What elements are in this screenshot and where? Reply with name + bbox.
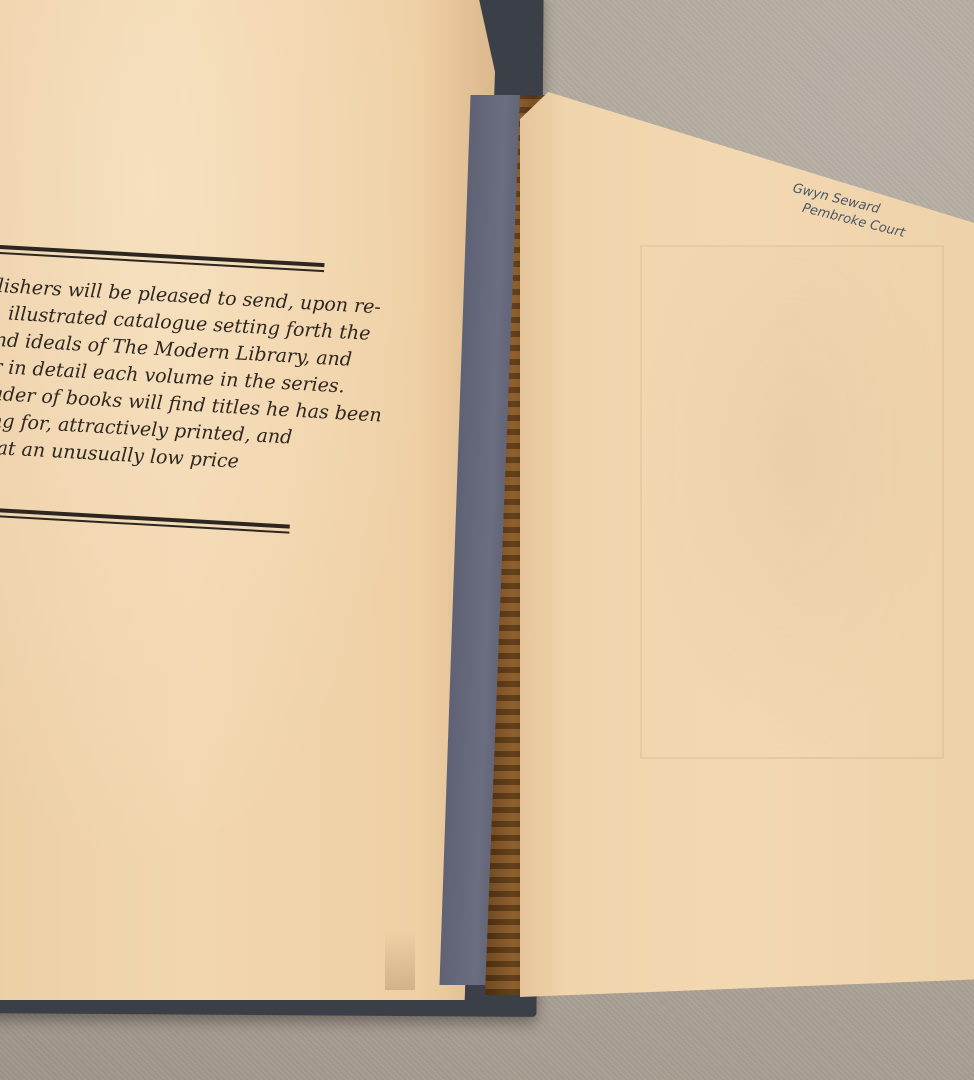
bottom-rule <box>0 507 290 529</box>
page-tear <box>385 930 415 990</box>
bookplate-offset <box>640 245 944 759</box>
notice-text: lishers will be pleased to send, upon re… <box>0 273 398 484</box>
publisher-notice: lishers will be pleased to send, upon re… <box>0 245 399 587</box>
